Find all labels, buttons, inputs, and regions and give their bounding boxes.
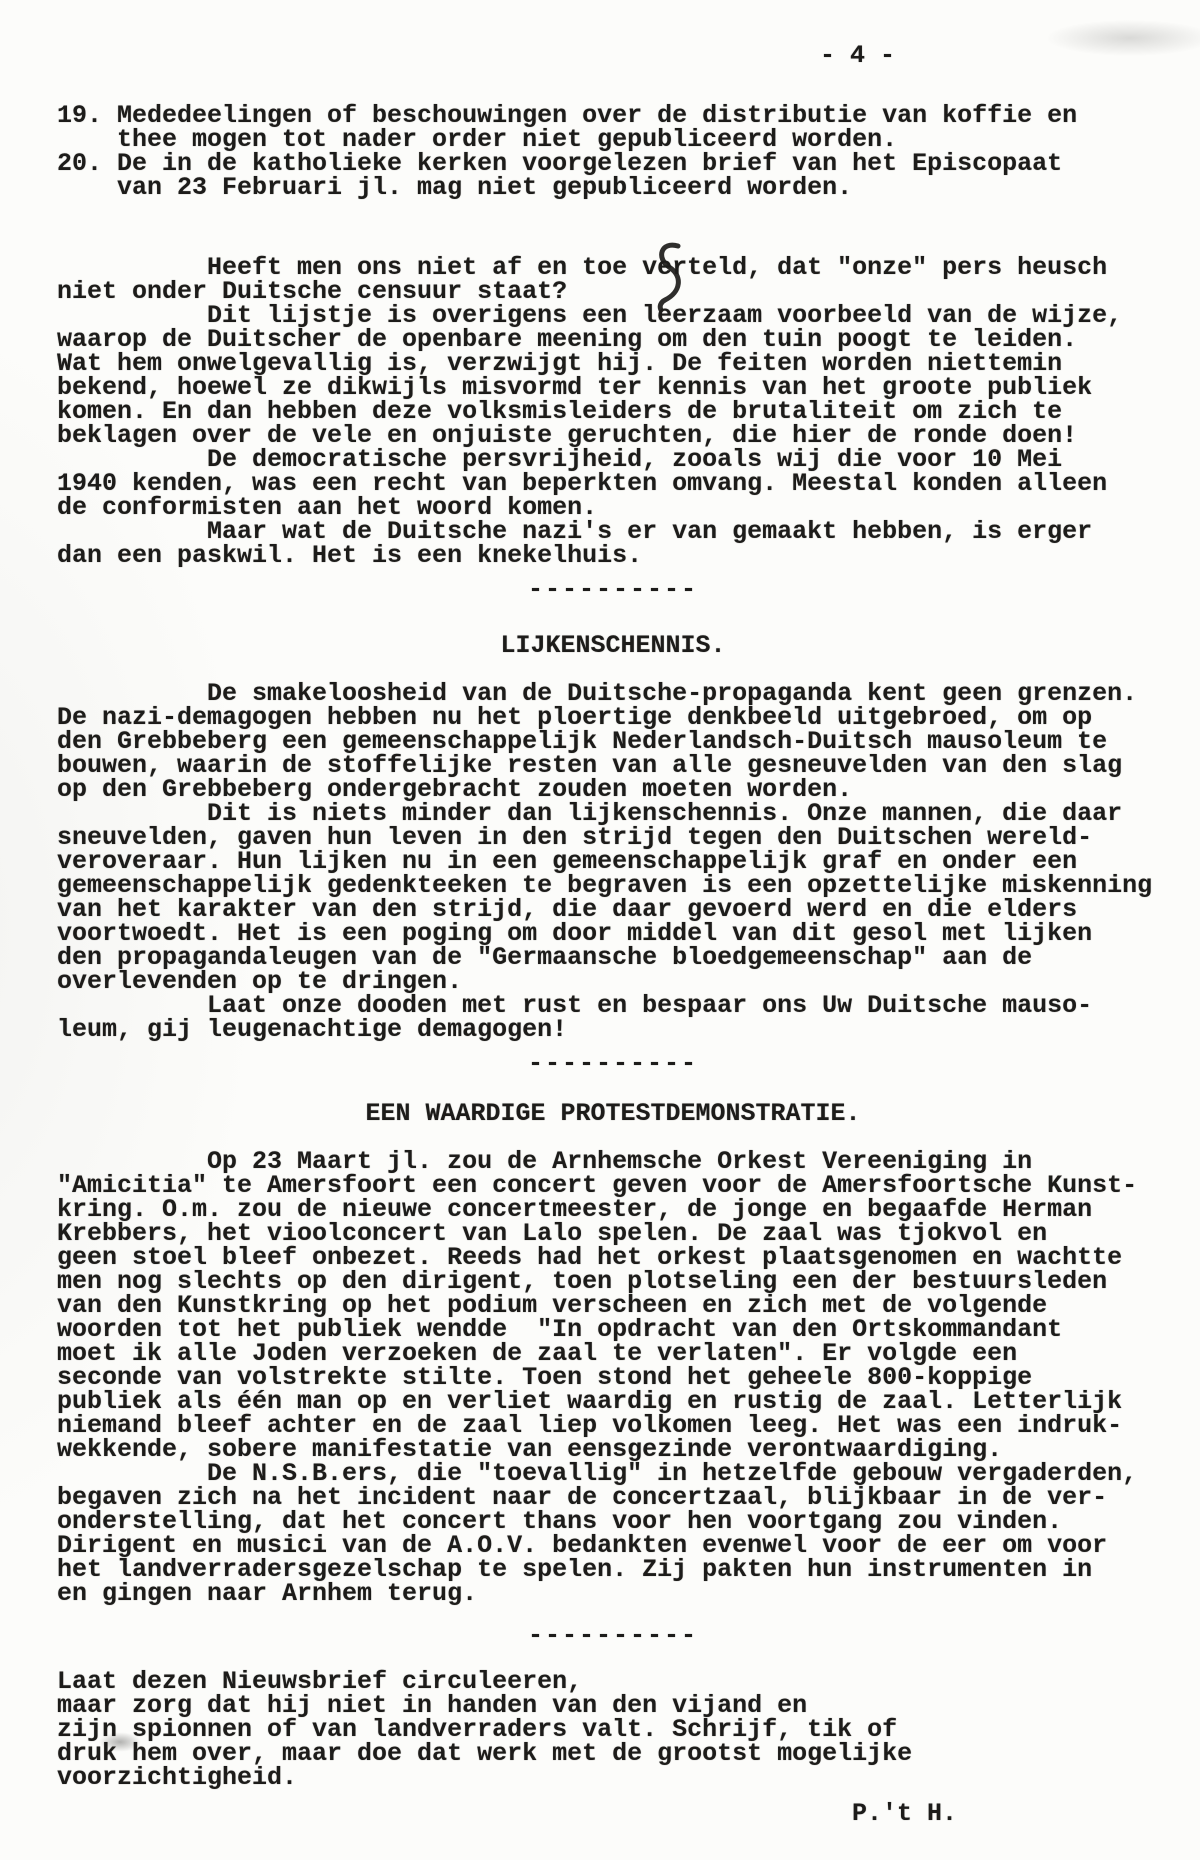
list-item-20: 20. De in de katholieke kerken voorgelez… (57, 152, 1169, 200)
section-divider: ---------- (57, 578, 1169, 602)
section-divider: ---------- (57, 1052, 1169, 1076)
paragraph-mausoleum-plan: De smakeloosheid van de Duitsche-propaga… (57, 682, 1169, 802)
paragraph-leave-our-dead: Laat onze dooden met rust en bespaar ons… (57, 994, 1169, 1042)
paragraph-press-question: Heeft men ons niet af en toe verteld, da… (57, 256, 1169, 304)
paragraph-press-conclusion: Maar wat de Duitsche nazi's er van gemaa… (57, 520, 1169, 568)
paragraph-nsb-aftermath: De N.S.B.ers, die "toevallig" in hetzelf… (57, 1462, 1169, 1606)
paragraph-press-freedom: De democratische persvrijheid, zooals wi… (57, 448, 1169, 520)
paragraph-concert-incident: Op 23 Maart jl. zou de Arnhemsche Orkest… (57, 1150, 1169, 1462)
intro-block: Heeft men ons niet af en toe verteld, da… (57, 256, 1169, 568)
list-item-19: 19. Mededeelingen of beschouwingen over … (57, 104, 1169, 152)
paragraph-grave-desecration: Dit is niets minder dan lijkenschennis. … (57, 802, 1169, 994)
page-number: - 4 - (820, 44, 895, 68)
paragraph-press-lesson: Dit lijstje is overigens een leerzaam vo… (57, 304, 1169, 448)
section-lijkenschennis: De smakeloosheid van de Duitsche-propaga… (57, 682, 1169, 1042)
section-title-lijkenschennis: LIJKENSCHENNIS. (57, 634, 1169, 658)
section-title-protestdemonstratie: EEN WAARDIGE PROTESTDEMONSTRATIE. (57, 1102, 1169, 1126)
page-body: 19. Mededeelingen of beschouwingen over … (57, 104, 1169, 1826)
section-protestdemonstratie: Op 23 Maart jl. zou de Arnhemsche Orkest… (57, 1150, 1169, 1606)
section-divider: ---------- (57, 1624, 1169, 1648)
signature: P.'t H. (57, 1802, 1169, 1826)
closing-circulation-note: Laat dezen Nieuwsbrief circuleeren, maar… (57, 1670, 1169, 1790)
scanned-newsletter-page: - 4 - 19. Mededeelingen of beschouwingen… (0, 0, 1200, 1860)
